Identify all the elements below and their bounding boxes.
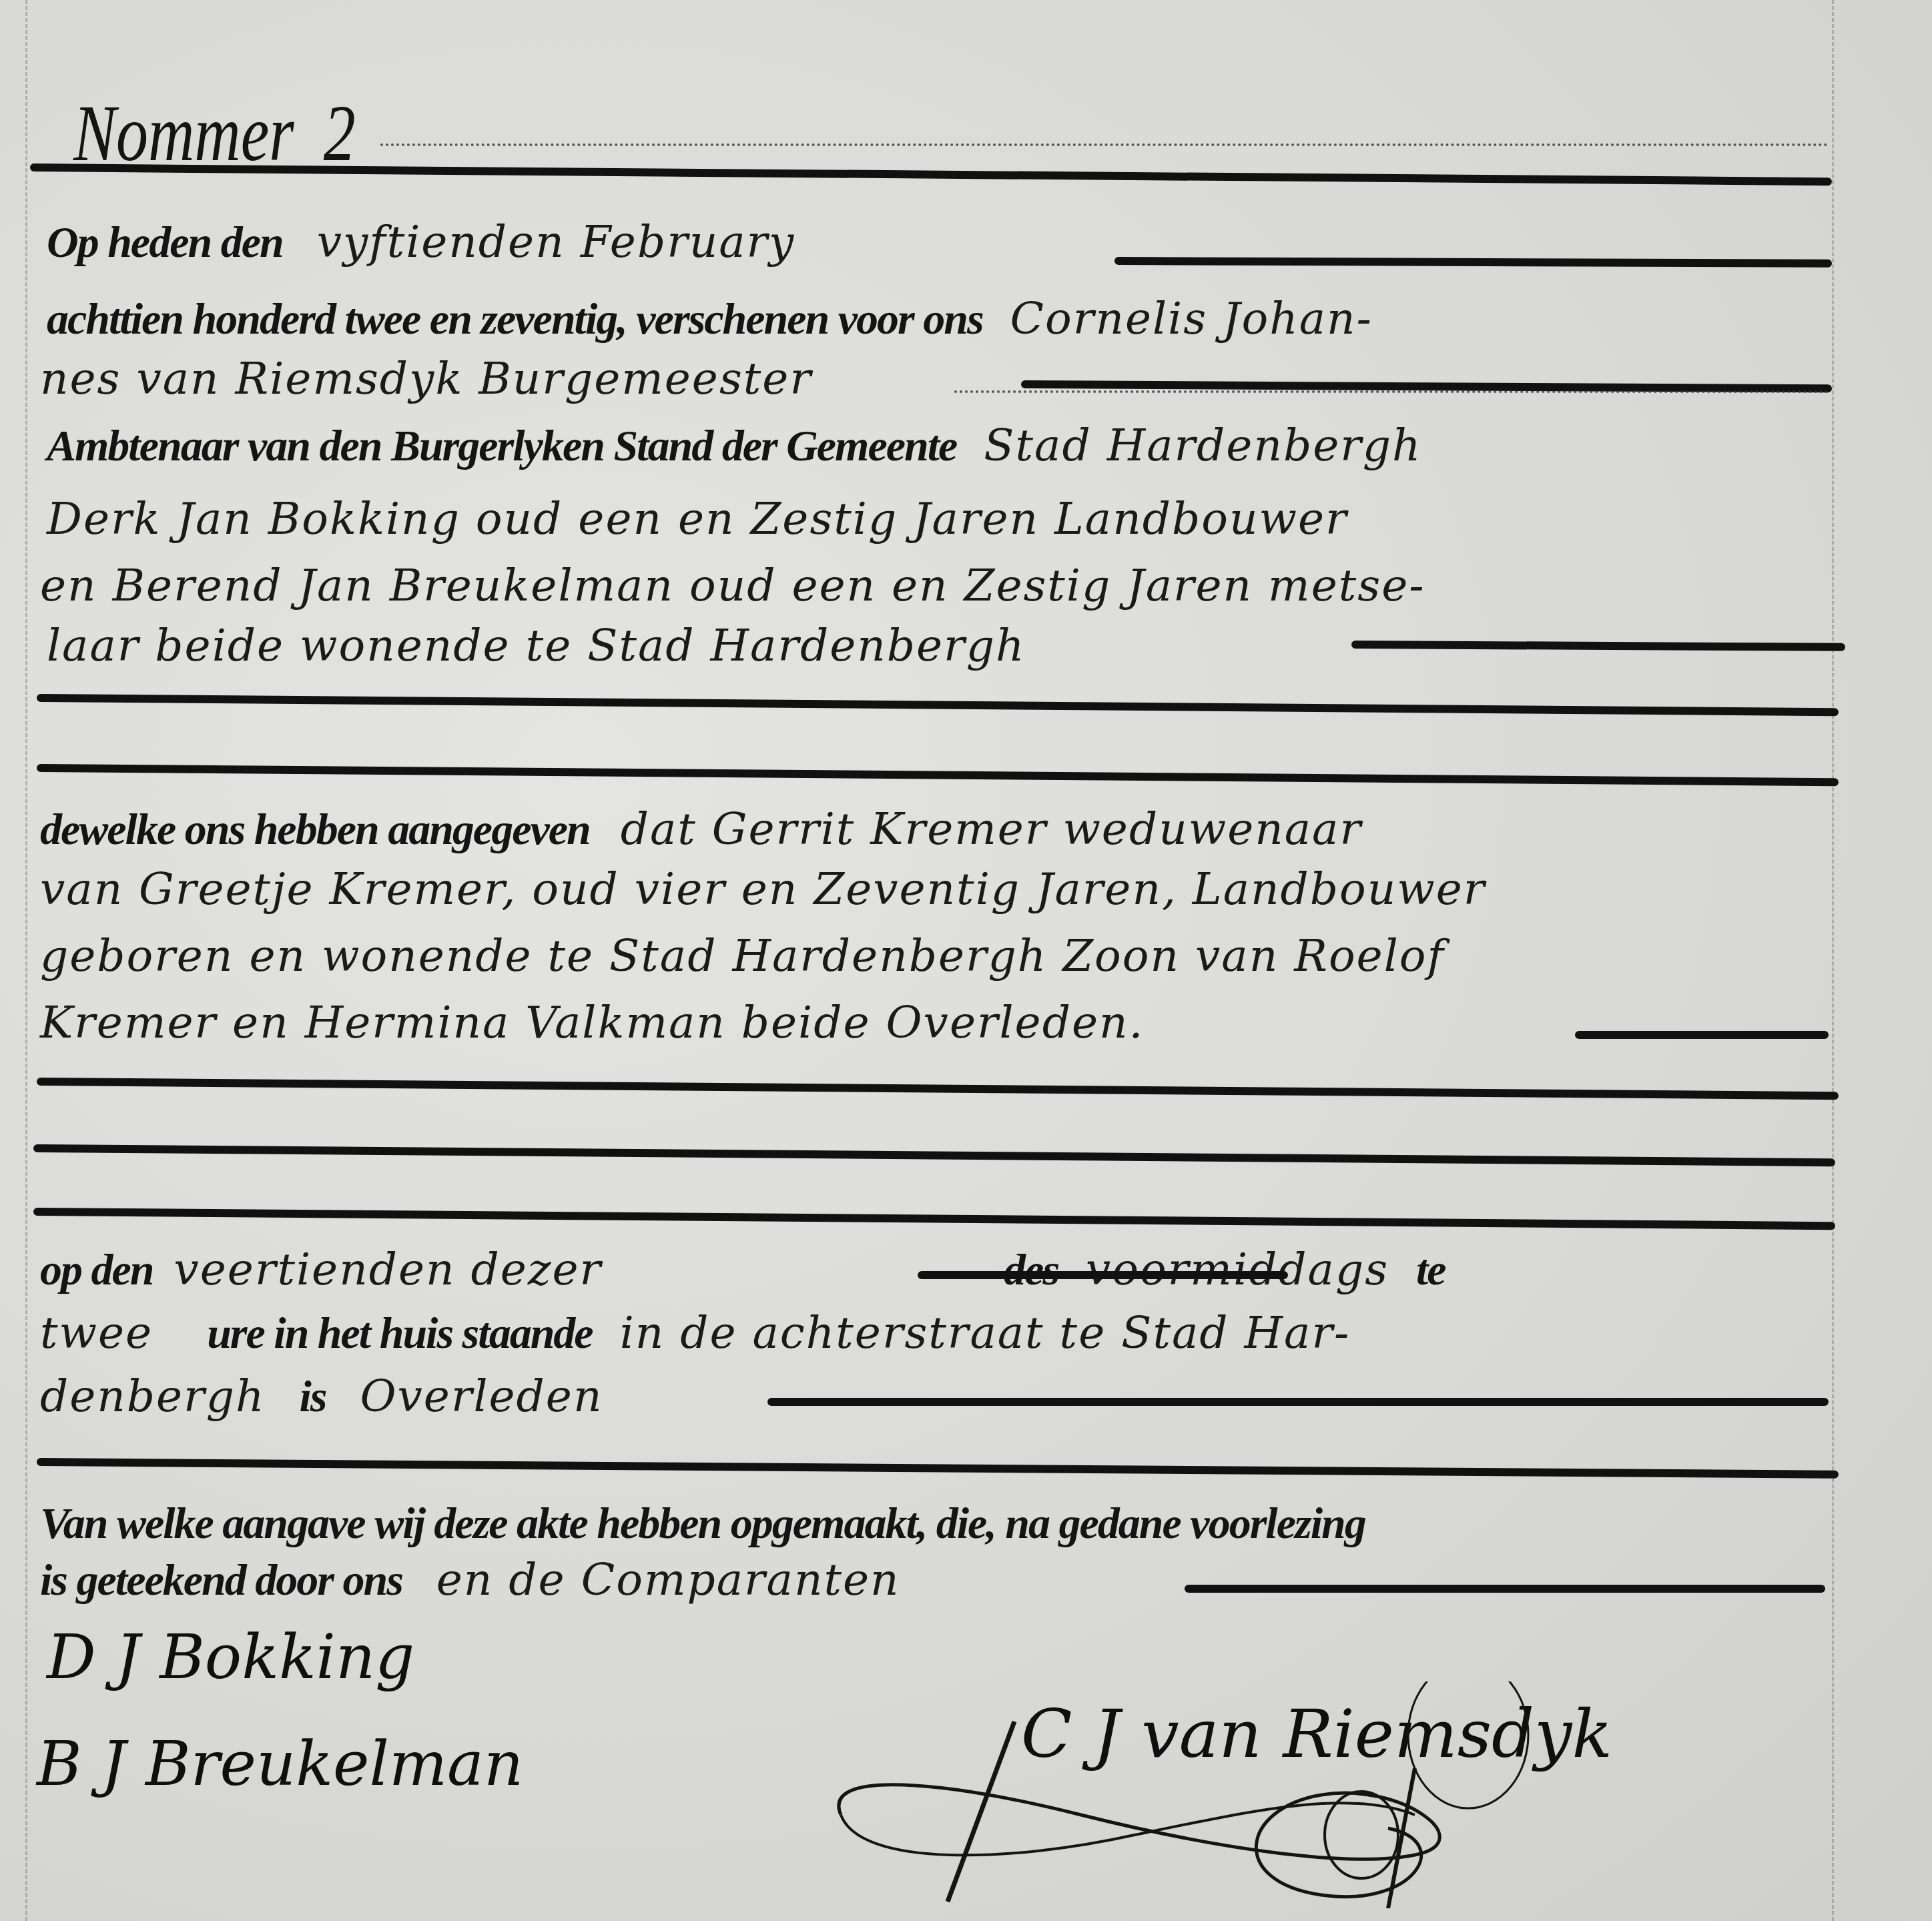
rule-10 [33,1208,1835,1230]
p2-line-3: geboren en wonende te Stad Hardenbergh Z… [40,934,1445,978]
dotted-line-3 [954,390,1829,393]
left-margin-line [25,0,27,1921]
p1-line-3: nes van Riemsdyk Burgemeester [40,357,812,401]
rule-11 [918,1271,1288,1279]
rule-14 [1185,1585,1825,1593]
right-margin-line [1832,0,1834,1921]
rule-8 [37,1078,1839,1100]
rule-13 [37,1458,1839,1479]
p4-line-1: Van welke aangave wij deze akte hebben o… [40,1501,1365,1546]
rule-4 [1351,641,1845,651]
p1-line-2: achttien honderd twee en zeventig, versc… [47,297,1373,342]
p1-line-7: laar beide wonende te Stad Hardenbergh [47,624,1025,668]
p2-line-4: Kremer en Hermina Valkman beide Overlede… [40,1001,1144,1045]
rule-7 [1575,1031,1829,1039]
signature-bokking: D J Bokking [47,1621,414,1693]
rule-2 [1114,257,1832,268]
rule-6 [37,764,1839,786]
p1-line-6: en Berend Jan Breukelman oud een en Zest… [40,564,1425,608]
signature-breukelman: B J Breukelman [37,1728,523,1800]
record-number: 2 [324,89,356,178]
document-page: Nommer 2 Op heden den vyftienden Februar… [0,0,1932,1921]
title-dotted-line [380,143,1829,146]
signature-flourish-icon [814,1681,1655,1908]
p3-line-2: twee ure in het huis staande in de achte… [40,1311,1350,1356]
p1-line-5: Derk Jan Bokking oud een en Zestig Jaren… [47,497,1348,541]
rule-5 [37,694,1839,716]
rule-12 [767,1398,1829,1406]
p2-line-1: dewelke ons hebben aangegeven dat Gerrit… [40,807,1362,852]
rule-9 [33,1144,1835,1166]
p1-line-1: Op heden den vyftienden February [47,220,795,265]
p2-line-2: van Greetje Kremer, oud vier en Zeventig… [40,867,1486,911]
p3-line-1: op den veertienden dezer des voormiddags… [40,1248,1445,1292]
p3-line-3: denbergh is Overleden [40,1375,603,1419]
p1-line-4: Ambtenaar van den Burgerlyken Stand der … [47,424,1422,468]
p4-line-2: is geteekend door ons en de Comparanten [40,1558,900,1603]
